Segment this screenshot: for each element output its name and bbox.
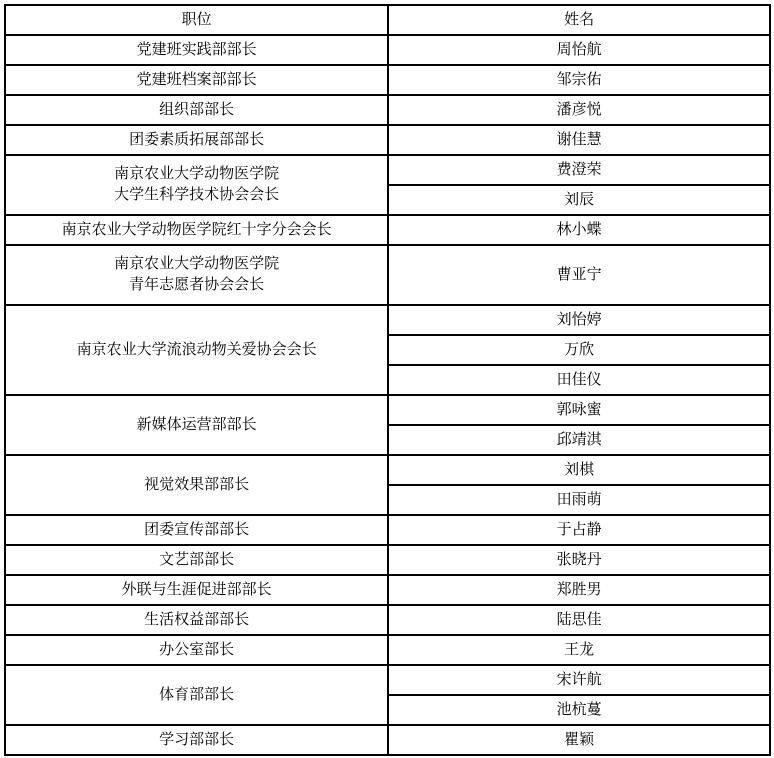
name-column-header: 姓名	[388, 5, 770, 35]
position-cell: 南京农业大学动物医学院 大学生科学技术协会会长	[5, 155, 388, 215]
name-cell: 万欣	[388, 335, 770, 365]
table-row: 生活权益部部长陆思佳	[5, 605, 770, 635]
position-cell: 办公室部长	[5, 635, 388, 665]
name-cell: 池杭蔓	[388, 695, 770, 725]
table-row: 文艺部部长张晓丹	[5, 545, 770, 575]
name-cell: 陆思佳	[388, 605, 770, 635]
table-row: 南京农业大学流浪动物关爱协会会长刘怡婷	[5, 305, 770, 335]
name-cell: 费澄荣	[388, 155, 770, 185]
name-cell: 于占静	[388, 515, 770, 545]
name-cell: 张晓丹	[388, 545, 770, 575]
table-row: 南京农业大学动物医学院 青年志愿者协会会长曹亚宁	[5, 245, 770, 305]
table-row: 外联与生涯促进部部长郑胜男	[5, 575, 770, 605]
name-cell: 刘辰	[388, 185, 770, 215]
position-cell: 外联与生涯促进部部长	[5, 575, 388, 605]
name-cell: 刘棋	[388, 455, 770, 485]
name-cell: 周怡航	[388, 35, 770, 65]
table-row: 组织部部长潘彦悦	[5, 95, 770, 125]
position-cell: 学习部部长	[5, 725, 388, 755]
position-cell: 生活权益部部长	[5, 605, 388, 635]
name-cell: 宋许航	[388, 665, 770, 695]
position-cell: 南京农业大学流浪动物关爱协会会长	[5, 305, 388, 395]
position-cell: 南京农业大学动物医学院红十字分会会长	[5, 215, 388, 245]
roster-table-body: 党建班实践部部长周怡航党建班档案部部长邹宗佑组织部部长潘彦悦团委素质拓展部部长谢…	[5, 35, 770, 755]
name-cell: 邹宗佑	[388, 65, 770, 95]
name-cell: 谢佳慧	[388, 125, 770, 155]
name-cell: 邱靖淇	[388, 425, 770, 455]
table-row: 南京农业大学动物医学院红十字分会会长林小蝶	[5, 215, 770, 245]
name-cell: 刘怡婷	[388, 305, 770, 335]
table-row: 学习部部长瞿颖	[5, 725, 770, 755]
name-cell: 瞿颖	[388, 725, 770, 755]
position-cell: 新媒体运营部部长	[5, 395, 388, 455]
position-cell: 体育部部长	[5, 665, 388, 725]
table-row: 视觉效果部部长刘棋	[5, 455, 770, 485]
table-row: 党建班实践部部长周怡航	[5, 35, 770, 65]
position-cell: 党建班档案部部长	[5, 65, 388, 95]
name-cell: 郑胜男	[388, 575, 770, 605]
name-cell: 王龙	[388, 635, 770, 665]
table-row: 团委宣传部部长于占静	[5, 515, 770, 545]
name-cell: 林小蝶	[388, 215, 770, 245]
name-cell: 曹亚宁	[388, 245, 770, 305]
position-cell: 南京农业大学动物医学院 青年志愿者协会会长	[5, 245, 388, 305]
roster-table: 职位 姓名 党建班实践部部长周怡航党建班档案部部长邹宗佑组织部部长潘彦悦团委素质…	[4, 4, 771, 756]
table-row: 体育部部长宋许航	[5, 665, 770, 695]
header-row: 职位 姓名	[5, 5, 770, 35]
name-cell: 潘彦悦	[388, 95, 770, 125]
table-row: 新媒体运营部部长郭咏蜜	[5, 395, 770, 425]
position-cell: 团委素质拓展部部长	[5, 125, 388, 155]
name-cell: 田雨萌	[388, 485, 770, 515]
position-cell: 视觉效果部部长	[5, 455, 388, 515]
name-cell: 田佳仪	[388, 365, 770, 395]
position-cell: 文艺部部长	[5, 545, 388, 575]
table-row: 办公室部长王龙	[5, 635, 770, 665]
table-row: 党建班档案部部长邹宗佑	[5, 65, 770, 95]
position-cell: 党建班实践部部长	[5, 35, 388, 65]
table-row: 南京农业大学动物医学院 大学生科学技术协会会长费澄荣	[5, 155, 770, 185]
position-cell: 团委宣传部部长	[5, 515, 388, 545]
position-column-header: 职位	[5, 5, 388, 35]
name-cell: 郭咏蜜	[388, 395, 770, 425]
position-cell: 组织部部长	[5, 95, 388, 125]
table-row: 团委素质拓展部部长谢佳慧	[5, 125, 770, 155]
